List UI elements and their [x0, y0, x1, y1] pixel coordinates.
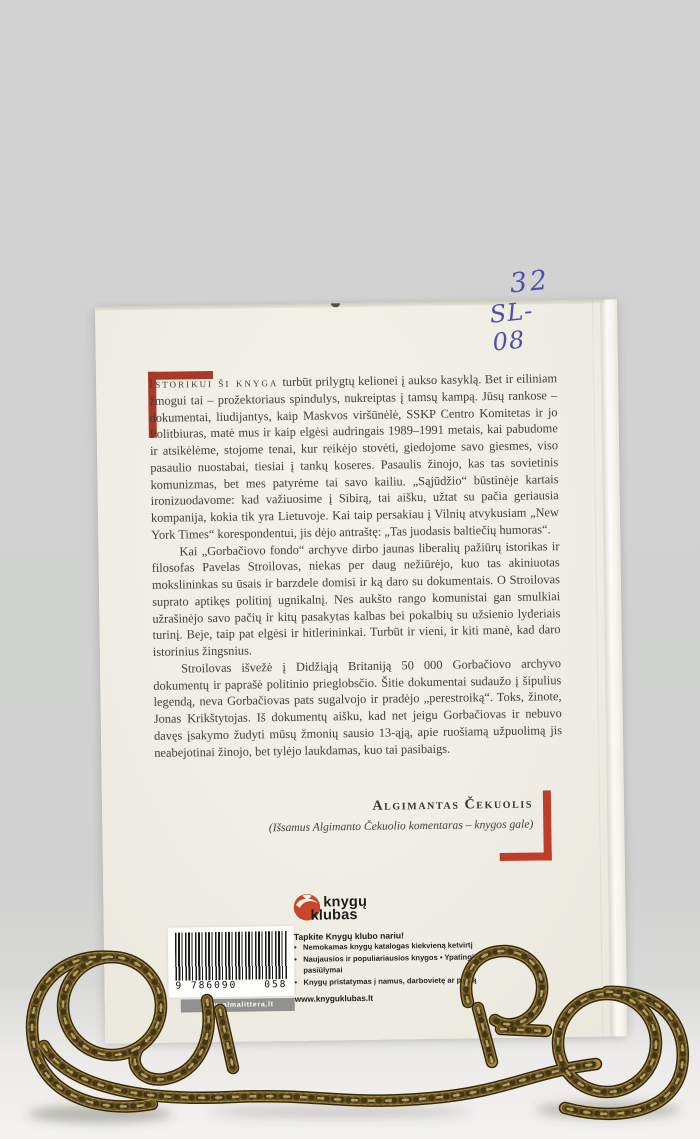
photo-backdrop: 32 SL-08 Istorikui ši knygaturbūt prilyg…: [0, 0, 700, 1139]
book-stand: [0, 0, 700, 1139]
